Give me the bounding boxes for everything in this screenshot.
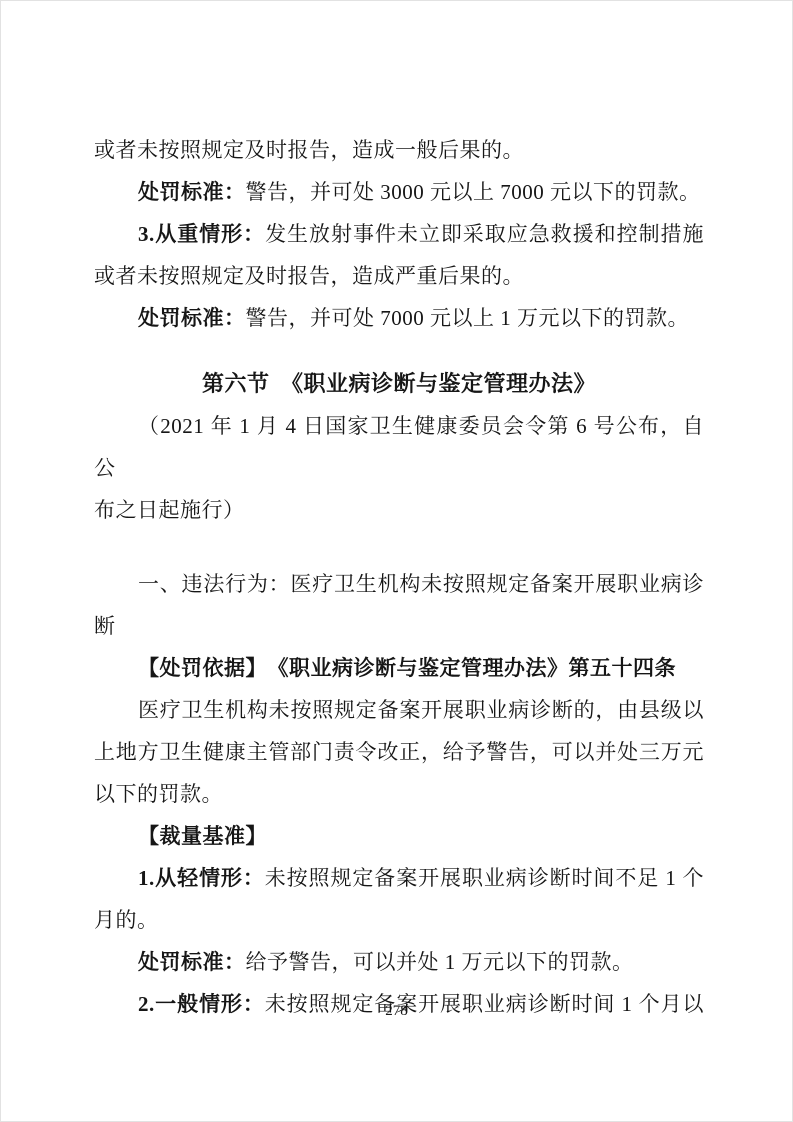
line-lead: 3.从重情形： (138, 222, 265, 246)
line-text: 月的。 (94, 908, 159, 932)
text-line: 1.从轻情形：未按照规定备案开展职业病诊断时间不足 1 个 (94, 857, 704, 899)
text-line: 或者未按照规定及时报告，造成一般后果的。 (94, 129, 704, 171)
text-line: 或者未按照规定及时报告，造成严重后果的。 (94, 255, 704, 297)
line-text: 或者未按照规定及时报告，造成严重后果的。 (94, 264, 524, 288)
text-line: 一、违法行为：医疗卫生机构未按照规定备案开展职业病诊 (94, 563, 704, 605)
line-text: 布之日起施行） (94, 498, 245, 522)
text-line: 处罚标准：给予警告，可以并处 1 万元以下的罚款。 (94, 941, 704, 983)
text-line: 3.从重情形：发生放射事件未立即采取应急救援和控制措施 (94, 213, 704, 255)
line-text: 上地方卫生健康主管部门责令改正，给予警告，可以并处三万元 (94, 740, 704, 764)
line-lead: 处罚标准： (138, 950, 246, 974)
document-body: 或者未按照规定及时报告，造成一般后果的。 处罚标准：警告，并可处 3000 元以… (1, 1, 792, 1025)
line-text: 警告，并可处 3000 元以上 7000 元以下的罚款。 (246, 180, 701, 204)
text-line: （2021 年 1 月 4 日国家卫生健康委员会令第 6 号公布，自公 (94, 405, 704, 489)
line-lead: 1.从轻情形： (138, 866, 265, 890)
text-line: 处罚标准：警告，并可处 3000 元以上 7000 元以下的罚款。 (94, 171, 704, 213)
line-lead: 【裁量基准】 (138, 824, 267, 848)
text-line: 断 (94, 605, 704, 647)
document-page: 或者未按照规定及时报告，造成一般后果的。 处罚标准：警告，并可处 3000 元以… (0, 0, 793, 1122)
line-text: 给予警告，可以并处 1 万元以下的罚款。 (246, 950, 634, 974)
page-number: 278 (1, 1001, 792, 1021)
line-lead: 处罚标准： (138, 180, 246, 204)
text-line: 月的。 (94, 899, 704, 941)
line-text: （2021 年 1 月 4 日国家卫生健康委员会令第 6 号公布，自公 (94, 414, 704, 480)
text-line: 上地方卫生健康主管部门责令改正，给予警告，可以并处三万元 (94, 731, 704, 773)
text-line: 【裁量基准】 (94, 815, 704, 857)
text-line: 布之日起施行） (94, 489, 704, 531)
line-text: 或者未按照规定及时报告，造成一般后果的。 (94, 138, 524, 162)
text-line: 医疗卫生机构未按照规定备案开展职业病诊断的，由县级以 (94, 689, 704, 731)
line-text: 以下的罚款。 (94, 782, 223, 806)
line-text: 医疗卫生机构未按照规定备案开展职业病诊断的，由县级以 (138, 698, 704, 722)
line-lead: 处罚标准： (138, 306, 246, 330)
text-line: 处罚标准：警告，并可处 7000 元以上 1 万元以下的罚款。 (94, 297, 704, 339)
line-text: 警告，并可处 7000 元以上 1 万元以下的罚款。 (246, 306, 690, 330)
line-lead: 【处罚依据】 《职业病诊断与鉴定管理办法》第五十四条 (138, 656, 676, 680)
text-line: 以下的罚款。 (94, 773, 704, 815)
line-text: 未按照规定备案开展职业病诊断时间不足 1 个 (265, 866, 704, 890)
line-text: 断 (94, 614, 116, 638)
text-line: 【处罚依据】 《职业病诊断与鉴定管理办法》第五十四条 (94, 647, 704, 689)
line-text: 发生放射事件未立即采取应急救援和控制措施 (265, 222, 704, 246)
line-text: 一、违法行为：医疗卫生机构未按照规定备案开展职业病诊 (138, 572, 704, 596)
section-title: 第六节 《职业病诊断与鉴定管理办法》 (94, 363, 704, 405)
